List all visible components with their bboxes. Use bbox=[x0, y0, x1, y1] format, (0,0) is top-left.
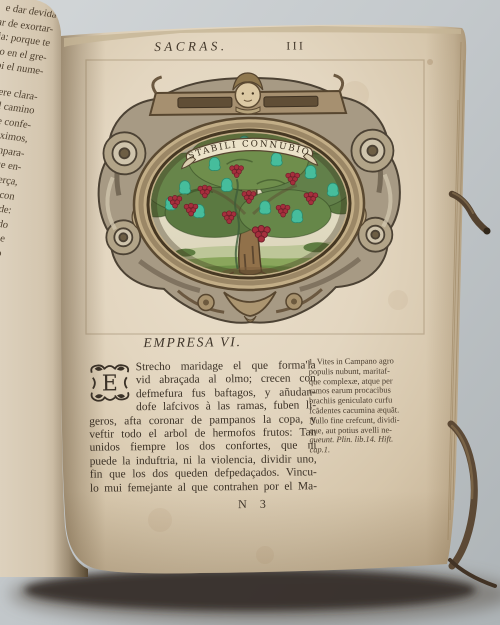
drop-cap-woodcut: E bbox=[89, 362, 131, 402]
body-paragraph: E Strecho maridage el que forma'la vid a… bbox=[89, 359, 317, 495]
drop-cap-letter: E bbox=[102, 371, 118, 396]
body-line: lo mui femejante al que contrahen por el… bbox=[90, 480, 317, 496]
running-title: SACRAS. bbox=[154, 38, 227, 55]
emblem-engraving: STABILI CONNUBIO bbox=[86, 62, 421, 335]
margin-note: 1. Vites in Campano agro populis nubunt,… bbox=[309, 356, 421, 455]
cartouche-emblem: STABILI CONNUBIO bbox=[86, 62, 421, 335]
chapter-heading: EMPRESA VI. bbox=[143, 334, 241, 351]
page-number: III bbox=[286, 40, 305, 52]
right-page: SACRAS. III bbox=[0, 0, 500, 625]
cherub-head bbox=[233, 73, 263, 114]
signature-mark: N 3 bbox=[238, 497, 271, 512]
book-photograph: e dar devida ar de exortar- cia: porque … bbox=[0, 0, 500, 625]
margin-line-citation: cap.1. bbox=[310, 444, 421, 455]
